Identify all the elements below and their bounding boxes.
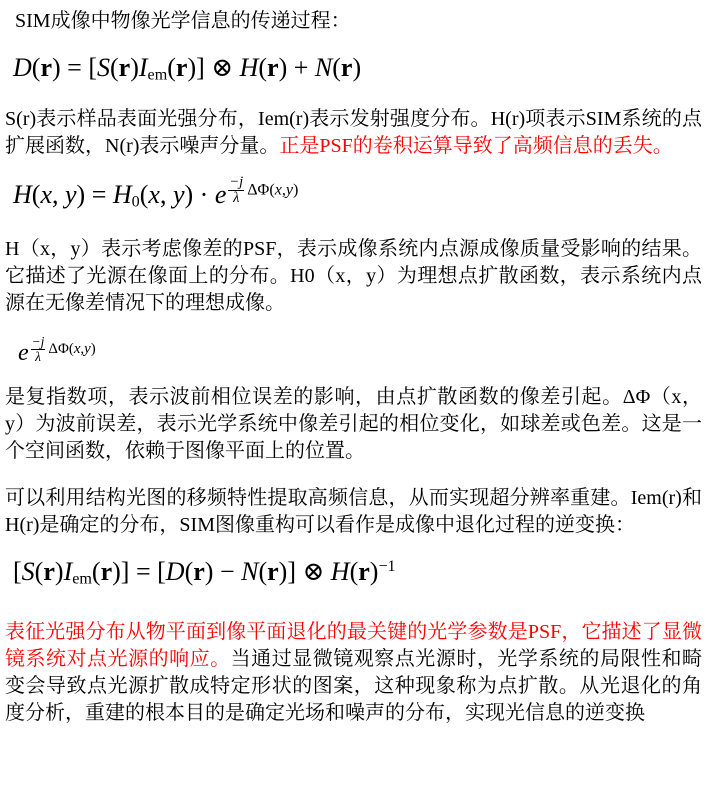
text-segment: em [148,67,168,84]
text-segment: r [40,53,52,82]
text-segment: 0 [132,193,140,210]
exponent-fraction: −jλ [228,175,244,206]
text-segment: ) [91,341,96,357]
para-psf-importance: 表征光强分布从物平面到像平面退化的最关键的光学参数是PSF，它描述了显微镜系统对… [5,619,702,727]
text-segment: −1 [378,558,395,575]
text-segment: 是复指数项，表示波前相位误差的影响，由点扩散函数的像差引起。ΔΦ（x，y）为波前… [5,386,702,462]
text-segment: ) [352,53,361,82]
text-segment: ) [55,557,64,586]
text-segment: I [64,557,73,586]
text-segment: H [113,180,132,209]
text-segment: ( [258,53,267,82]
formula-inverse-transform: [S(r)Iem(r)] = [D(r) − N(r)] ⊗ H(r)−1 [13,550,702,596]
formula-body: D(r) = [S(r)Iem(r)] ⊗ H(r) + N(r) [13,53,361,82]
text-segment: y [65,180,77,209]
text-segment: ( [167,53,176,82]
fraction-numerator: −j [228,175,244,191]
text-segment: ( [110,53,119,82]
text-segment: )] = [ [112,557,166,586]
formula-psf-aberration: H(x, y) = H0(x, y) · e−jλΔΦ(x,y) [13,173,702,225]
text-segment: N [241,557,258,586]
text-segment: ( [332,53,341,82]
text-segment: y [84,341,91,357]
formula-exponent: −jλΔΦ(x,y) [31,335,96,364]
text-segment: r [193,557,205,586]
text-segment: ΔΦ( [247,181,275,198]
text-segment: r [358,557,370,586]
text-segment: 可以利用结构光图的移频特性提取高频信息，从而实现超分辨率重建。Iem(r)和H(… [5,487,702,536]
para-symbol-definitions: S(r)表示样品表面光强分布，Iem(r)表示发射强度分布。H(r)项表示SIM… [5,106,702,160]
text-segment: H [331,557,350,586]
text-segment: N [315,53,332,82]
text-segment: H [13,180,32,209]
text-segment: r [119,53,131,82]
text-segment: ( [185,557,194,586]
text-segment: ) = [77,180,113,209]
text-segment: I [139,53,148,82]
fraction-denominator: λ [232,191,240,206]
exponent-phase-term: ΔΦ(x,y) [48,341,95,357]
text-segment: H（x，y）表示考虑像差的PSF，表示成像系统内点源成像质量受影响的结果。它描述… [5,238,702,314]
formula-imaging-model: D(r) = [S(r)Iem(r)] ⊗ H(r) + N(r) [13,50,702,94]
text-segment: S [22,557,35,586]
text-segment: S [97,53,110,82]
text-segment: )] ⊗ [187,53,239,82]
text-segment: x [148,180,160,209]
text-segment: ΔΦ( [48,341,73,357]
para-phase-error: 是复指数项，表示波前相位误差的影响，由点扩散函数的像差引起。ΔΦ（x，y）为波前… [5,384,702,465]
text-segment: em [72,570,92,587]
exponent-phase-term: ΔΦ(x,y) [247,181,298,198]
fraction-numerator: −j [31,335,46,350]
text-segment: r [341,53,353,82]
text-segment: D [13,53,32,82]
para-reconstruction-intro: 可以利用结构光图的移频特性提取高频信息，从而实现超分辨率重建。Iem(r)和H(… [5,485,702,539]
text-segment: ) − [205,557,241,586]
text-segment: 正是PSF的卷积运算导致了高频信息的丢失。 [279,135,672,157]
formula-body: [S(r)Iem(r)] = [D(r) − N(r)] ⊗ H(r)−1 [13,557,396,586]
text-segment: y [286,181,293,198]
text-segment: ( [350,557,359,586]
formula-phase-term: e−jλΔΦ(x,y) [18,334,702,372]
text-segment: ( [258,557,267,586]
text-segment: ( [92,557,101,586]
text-segment: ) [293,181,298,198]
text-segment: , [52,180,65,209]
text-segment: H [240,53,259,82]
text-segment: x [275,181,282,198]
page-title: SIM成像中物像光学信息的传递过程： [5,8,702,35]
document-page: SIM成像中物像光学信息的传递过程： D(r) = [S(r)Iem(r)] ⊗… [0,0,708,785]
formula-base: e [18,340,29,366]
text-segment: ) [130,53,139,82]
text-segment: e [215,180,227,209]
text-segment: ) · [184,180,214,209]
formula-exponent: −jλΔΦ(x,y) [228,175,298,206]
text-segment: x [40,180,52,209]
text-segment: y [173,180,185,209]
text-segment: [ [13,557,22,586]
text-segment: ) = [ [52,53,97,82]
fraction-denominator: λ [34,350,42,364]
text-segment: r [101,557,113,586]
text-segment: r [267,53,279,82]
text-segment: r [176,53,188,82]
text-segment: r [267,557,279,586]
text-segment: ) + [279,53,315,82]
text-segment: e [18,340,29,366]
formula-base: H(x, y) = H0(x, y) · e [13,180,226,209]
para-psf-description: H（x，y）表示考虑像差的PSF，表示成像系统内点源成像质量受影响的结果。它描述… [5,236,702,317]
text-segment: D [166,557,185,586]
text-segment: , [160,180,173,209]
text-segment: )] ⊗ [279,557,331,586]
exponent-fraction: −jλ [31,335,46,364]
text-segment: r [43,557,55,586]
